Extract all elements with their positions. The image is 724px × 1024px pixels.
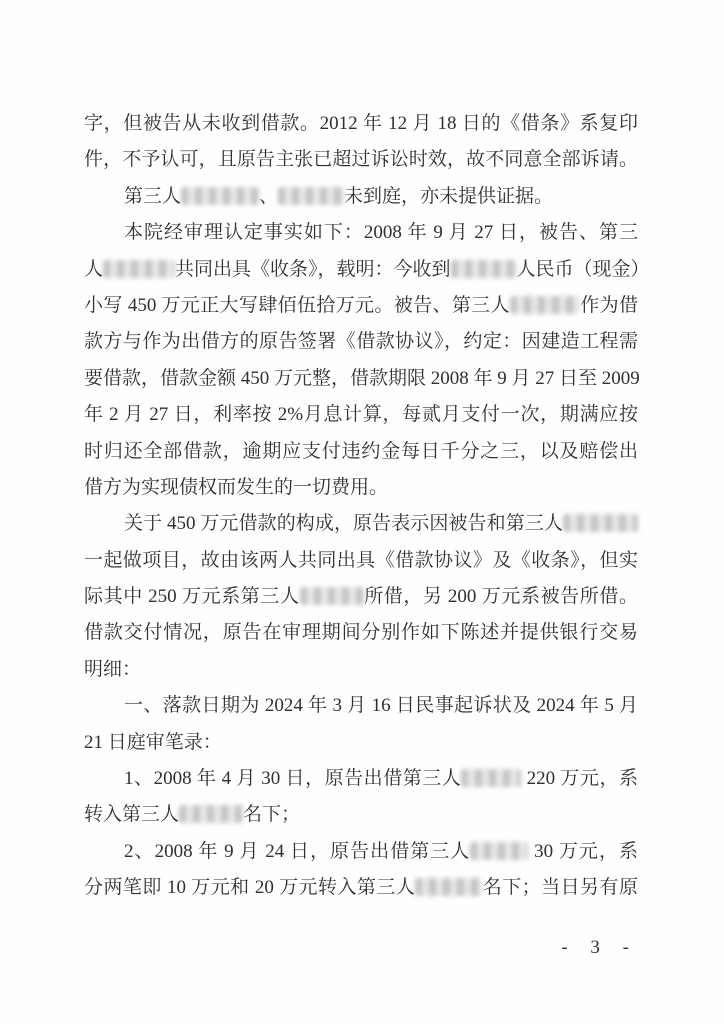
redacted-name — [451, 260, 517, 278]
text-segment: 一起做项目，故由该两人共同出具《借款协议》及《收条》，但实 — [84, 550, 638, 571]
text-line: 本院经审理认定事实如下：2008 年 9 月 27 日，被告、第三 — [84, 215, 638, 251]
text-segment: 未到庭，亦未提供证据。 — [344, 186, 553, 207]
text-segment: 1、2008 年 4 月 30 日，原告出借第三人 — [124, 768, 461, 789]
text-segment: 明细： — [84, 659, 141, 680]
page-number: - 3 - — [561, 937, 638, 958]
text-segment: 本院经审理认定事实如下：2008 年 9 月 27 日，被告、第三 — [124, 222, 638, 243]
text-segment: 关于 450 万元借款的构成，原告表示因被告和第三人 — [124, 513, 563, 534]
text-segment: 要借款，借款金额 450 万元整，借款期限 2008 年 9 月 27 日至 2… — [84, 368, 640, 389]
text-line: 小写 450 万元正大写肆佰伍拾万元。被告、第三人作为借 — [84, 288, 638, 324]
text-segment: 款方与作为出借方的原告签署《借款协议》，约定：因建造工程需 — [84, 331, 638, 352]
text-line: 第三人、未到庭，亦未提供证据。 — [84, 179, 638, 215]
text-segment: 所借，另 200 万元系被告所借。 — [364, 586, 638, 607]
text-line: 年 2 月 27 日，利率按 2%月息计算，每贰月支付一次，期满应按 — [84, 397, 638, 433]
redacted-name — [179, 805, 243, 823]
text-line: 一起做项目，故由该两人共同出具《借款协议》及《收条》，但实 — [84, 543, 638, 579]
redacted-name — [300, 587, 364, 605]
redacted-name — [461, 769, 521, 787]
text-segment: 21 日庭审笔录： — [84, 732, 222, 753]
document-page: 字，但被告从未收到借款。2012 年 12 月 18 日的《借条》系复印件，不予… — [0, 0, 724, 1024]
text-line: 件，不予认可，且原告主张已超过诉讼时效，故不同意全部诉请。 — [84, 142, 638, 178]
redacted-name — [278, 187, 344, 205]
text-line: 借方为实现债权而发生的一切费用。 — [84, 470, 638, 506]
text-line: 一、落款日期为 2024 年 3 月 16 日民事起诉状及 2024 年 5 月 — [84, 688, 638, 724]
text-segment: 年 2 月 27 日，利率按 2%月息计算，每贰月支付一次，期满应按 — [84, 404, 638, 425]
redacted-name — [415, 878, 482, 896]
redacted-name — [470, 842, 528, 860]
text-segment: 件，不予认可，且原告主张已超过诉讼时效，故不同意全部诉请。 — [84, 149, 638, 170]
text-segment: 220 万元，系 — [521, 768, 638, 789]
text-segment: 共同出具《收条》，载明：今收到 — [175, 259, 451, 280]
text-segment: 、 — [259, 186, 278, 207]
text-segment: 一、落款日期为 2024 年 3 月 16 日民事起诉状及 2024 年 5 月 — [124, 695, 638, 716]
text-line: 时归还全部借款，逾期应支付违约金每日千分之三，以及赔偿出 — [84, 434, 638, 470]
redacted-name — [563, 514, 638, 532]
text-segment: 2、2008 年 9 月 24 日，原告出借第三人 — [124, 841, 470, 862]
text-segment: 字，但被告从未收到借款。2012 年 12 月 18 日的《借条》系复印 — [84, 113, 638, 134]
text-line: 分两笔即 10 万元和 20 万元转入第三人名下；当日另有原 — [84, 870, 638, 906]
text-segment: 转入第三人 — [84, 804, 179, 825]
text-line: 款方与作为出借方的原告签署《借款协议》，约定：因建造工程需 — [84, 324, 638, 360]
text-segment: 第三人 — [124, 186, 181, 207]
text-line: 要借款，借款金额 450 万元整，借款期限 2008 年 9 月 27 日至 2… — [84, 361, 638, 397]
text-segment: 小写 450 万元正大写肆佰伍拾万元。被告、第三人 — [84, 295, 510, 316]
text-segment: 名下；当日另有原 — [482, 877, 638, 898]
document-body: 字，但被告从未收到借款。2012 年 12 月 18 日的《借条》系复印件，不予… — [84, 106, 638, 907]
text-line: 借款交付情况，原告在审理期间分别作如下陈述并提供银行交易 — [84, 615, 638, 651]
text-segment: 人 — [84, 259, 103, 280]
text-line: 关于 450 万元借款的构成，原告表示因被告和第三人 — [84, 506, 638, 542]
text-line: 1、2008 年 4 月 30 日，原告出借第三人 220 万元，系 — [84, 761, 638, 797]
redacted-name — [103, 260, 175, 278]
text-line: 21 日庭审笔录： — [84, 725, 638, 761]
text-segment: 际其中 250 万元系第三人 — [84, 586, 300, 607]
text-segment: 借方为实现债权而发生的一切费用。 — [84, 477, 388, 498]
text-segment: 时归还全部借款，逾期应支付违约金每日千分之三，以及赔偿出 — [84, 441, 638, 462]
text-line: 转入第三人名下； — [84, 797, 638, 833]
text-segment: 名下； — [243, 804, 300, 825]
text-line: 字，但被告从未收到借款。2012 年 12 月 18 日的《借条》系复印 — [84, 106, 638, 142]
redacted-name — [510, 296, 580, 314]
text-line: 际其中 250 万元系第三人所借，另 200 万元系被告所借。 — [84, 579, 638, 615]
text-segment: 作为借 — [580, 295, 638, 316]
text-segment: 借款交付情况，原告在审理期间分别作如下陈述并提供银行交易 — [84, 622, 638, 643]
text-segment: 分两笔即 10 万元和 20 万元转入第三人 — [84, 877, 415, 898]
page-footer: - 3 - — [84, 933, 638, 963]
text-line: 明细： — [84, 652, 638, 688]
text-line: 人共同出具《收条》，载明：今收到人民币（现金） — [84, 252, 638, 288]
text-segment: 30 万元，系 — [528, 841, 638, 862]
redacted-name — [181, 187, 259, 205]
text-line: 2、2008 年 9 月 24 日，原告出借第三人 30 万元，系 — [84, 834, 638, 870]
text-segment: 人民币（现金） — [517, 259, 650, 280]
